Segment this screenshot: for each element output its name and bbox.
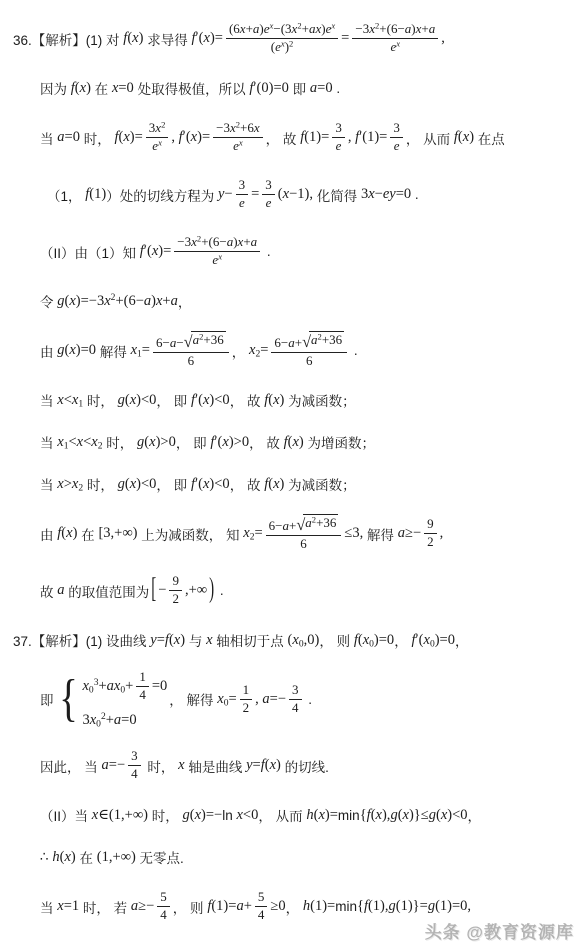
math-variable: f [264, 476, 268, 492]
equation-system: {x03+ax0+14=03x02+a=0 [56, 669, 168, 730]
text-run: 令 [40, 291, 57, 311]
math-variable: a [57, 582, 64, 598]
text-run: ， 故 [230, 390, 265, 410]
math-variable: x [149, 434, 155, 450]
fraction-numerator: −3x2+6x [213, 120, 263, 138]
text-run: ， 即 [156, 474, 191, 494]
subscript: 0 [369, 638, 374, 649]
math-run: a≥− [131, 898, 154, 915]
solution-line: 故 a 的取值范围为[−92,+∞) . [0, 562, 584, 619]
text-run: . [305, 692, 313, 707]
math-run: f′(x)<0 [191, 476, 230, 493]
math-variable: g [137, 434, 144, 450]
math-run: f′(x)= [191, 30, 223, 47]
math-run: h(1)= [303, 898, 335, 915]
math-variable: e [336, 138, 342, 153]
superscript: 2 [375, 21, 379, 31]
text-run: ， [178, 291, 192, 311]
math-variable: a [310, 80, 317, 96]
math-variable: x [156, 293, 162, 309]
fraction-denominator: 4 [136, 687, 149, 704]
text-run: ）处的切线方程为 [106, 185, 218, 205]
fraction-denominator: 4 [255, 907, 268, 924]
math-variable: x [281, 39, 285, 49]
math-run: x>x2 [57, 476, 83, 493]
math-variable: x [254, 120, 260, 135]
fraction: 54 [255, 889, 268, 924]
math-variable: f [411, 632, 415, 648]
math-variable: x [69, 342, 75, 358]
math-variable: x [292, 434, 298, 450]
math-variable: x [331, 21, 335, 31]
math-run: a2+36 [303, 514, 338, 532]
math-variable: f [454, 129, 458, 145]
math-variable: a [429, 21, 436, 36]
math-run: x<0 [236, 807, 258, 824]
math-variable: y [246, 757, 252, 773]
math-variable: h [306, 807, 313, 823]
subscript: 1 [64, 440, 69, 451]
text-run: 因此， 当 [40, 756, 102, 776]
fraction: 12 [240, 682, 253, 717]
math-run: a2+36 [191, 331, 226, 349]
subscript: 0 [430, 638, 435, 649]
text-run: 时， [148, 805, 183, 825]
math-variable: f [300, 129, 304, 145]
text-run: 为减函数； [284, 474, 355, 494]
math-variable: f [123, 30, 127, 46]
fraction-denominator: e [333, 138, 345, 155]
math-variable: h [303, 898, 310, 914]
math-run: y− [218, 186, 233, 203]
fraction: −3x2+(6−a)x+aex [352, 21, 438, 56]
fraction: 92 [424, 516, 437, 551]
math-variable: g [390, 807, 397, 823]
text-run: 化简得 [313, 185, 361, 205]
math-variable: a [283, 518, 290, 533]
math-variable: f [207, 898, 211, 914]
math-variable: f [179, 129, 183, 145]
fraction-denominator: (ex)2 [268, 39, 297, 56]
math-run: g(x)=− [183, 807, 223, 824]
math-variable: f [71, 80, 75, 96]
text-run: 时， [83, 474, 118, 494]
math-run: f′(x0)=0 [411, 632, 455, 649]
fraction-numerator: 9 [424, 516, 437, 534]
superscript: 2 [289, 39, 293, 49]
math-variable: f [191, 392, 195, 408]
fraction-numerator: −3x2+(6−a)x+a [174, 234, 260, 252]
math-variable: f [191, 30, 195, 46]
text-run: 在点 [474, 128, 505, 148]
fraction-denominator: 2 [169, 591, 182, 608]
math-variable: a [251, 234, 258, 249]
math-variable: x [191, 129, 197, 145]
math-variable: x [112, 80, 118, 96]
math-run: a=0 [57, 129, 80, 146]
superscript: x [281, 39, 285, 49]
math-variable: f [355, 129, 359, 145]
math-variable: ax [107, 678, 121, 694]
math-run: f(1)= [300, 129, 329, 146]
math-run: , f′(1)= [348, 129, 388, 146]
math-variable: x [57, 898, 63, 914]
math-run: 3x−ey=0 [361, 186, 411, 203]
fraction: 34 [128, 748, 141, 783]
math-run: h(x) [52, 849, 75, 866]
math-variable: a [170, 335, 177, 350]
math-variable: x [463, 129, 469, 145]
solution-line: （II）当 x∈(1,+∞) 时， g(x)=−ln x<0， 从而 h(x)=… [0, 794, 584, 836]
superscript: 2 [161, 120, 165, 130]
math-variable: x [441, 807, 447, 823]
fraction: 3e [262, 177, 275, 212]
math-run: , [440, 525, 444, 542]
superscript: 2 [101, 712, 106, 723]
math-run: a≥− [398, 525, 421, 542]
math-variable: x [403, 807, 409, 823]
text-run: 时， [103, 432, 138, 452]
fraction: −3x2+6xex [213, 120, 263, 155]
math-variable: g [389, 898, 396, 914]
math-variable: f [191, 476, 195, 492]
fraction-numerator: 3 [332, 120, 345, 138]
math-variable: x [416, 21, 422, 36]
math-run: g(x)=−3x2+(6−a)x+a [57, 293, 178, 310]
text-run: ln [222, 808, 236, 823]
math-variable: x [57, 476, 63, 492]
fraction-numerator: 9 [169, 573, 182, 591]
math-variable: x [69, 293, 75, 309]
math-variable: ax [309, 21, 321, 36]
fraction-numerator: 6−a+√a2+36 [266, 514, 342, 536]
math-variable: a [57, 129, 64, 145]
math-variable: x [283, 186, 289, 202]
fraction: 3x2ex [146, 120, 169, 155]
text-run: ， 即 [176, 432, 211, 452]
math-run: f′(x)= [140, 243, 172, 260]
subscript: 0 [224, 697, 229, 708]
math-run: g(x)=0 [57, 342, 96, 359]
math-variable: x [273, 392, 279, 408]
math-variable: f [114, 129, 118, 145]
watermark-credit: 头条 @教育资源库 [425, 918, 574, 943]
subscript: 2 [250, 531, 255, 542]
math-variable: x [80, 80, 86, 96]
math-variable: a [171, 293, 178, 309]
math-variable: a [398, 525, 405, 541]
text-run: ， [394, 630, 411, 650]
math-run: f(x) [71, 80, 91, 97]
math-run: =0 [152, 678, 167, 695]
math-variable: x [273, 476, 279, 492]
math-run: a2+36 [309, 331, 344, 349]
text-run: ， 则 [173, 897, 208, 917]
fraction-denominator: 4 [128, 766, 141, 783]
text-run: 因为 [40, 78, 71, 98]
text-run: . [333, 81, 341, 96]
math-run: f(x) [264, 476, 284, 493]
math-run: g(x)<0 [118, 476, 157, 493]
math-variable: a [236, 898, 243, 914]
fraction-denominator: e [236, 195, 248, 212]
math-variable: x [77, 434, 83, 450]
math-run: f′(0)=0 [249, 80, 289, 97]
math-variable: x [203, 392, 209, 408]
superscript: x [239, 138, 243, 148]
math-variable: g [428, 898, 435, 914]
solution-line: 因此， 当 a=−34 时， x 轴是曲线 y=f(x) 的切线. [0, 737, 584, 794]
text-run: min [335, 899, 357, 914]
fraction: 6−a+√a2+366 [266, 514, 342, 553]
solution-line: 由 f(x) 在 [3,+∞) 上为减函数， 知 x2=6−a+√a2+366≤… [0, 505, 584, 562]
fraction-denominator: e [263, 195, 275, 212]
text-run: . [216, 583, 224, 598]
math-variable: f [85, 186, 89, 202]
text-run: 在 [91, 78, 112, 98]
text-run: . [350, 343, 358, 358]
text-run: 37.【解析】(1) 设曲线 [13, 630, 150, 650]
text-run: 故 [40, 581, 57, 601]
solution-line: 因为 f(x) 在 x=0 处取得极值，所以 f′(0)=0 即 a=0 . [0, 67, 584, 109]
math-variable: x [66, 525, 72, 541]
math-run: f(x) [284, 434, 304, 451]
text-run: 当 [40, 128, 57, 148]
text-run: ， 解得 [169, 689, 217, 709]
math-variable: x [218, 252, 222, 262]
superscript: x [158, 138, 162, 148]
math-run: {f(1),g(1)}=g(1)=0, [357, 898, 471, 915]
text-run: min [338, 808, 360, 823]
fraction: (6x+a)ex−(3x2+ax)ex(ex)2 [226, 21, 338, 56]
text-run: 当 [40, 897, 57, 917]
math-variable: x [396, 39, 400, 49]
fraction-numerator: 1 [136, 669, 149, 687]
text-run: 由 [40, 341, 57, 361]
math-variable: g [118, 476, 125, 492]
text-run: （II）由（1）知 [40, 242, 140, 262]
math-variable: x [132, 30, 138, 46]
text-run: （1， [47, 185, 85, 205]
text-run: 即 [289, 78, 310, 98]
math-run: (x−1), [278, 186, 313, 203]
math-variable: x [238, 234, 244, 249]
text-run: ， 故 [230, 474, 265, 494]
text-run: 轴是曲线 [185, 756, 247, 776]
math-run: f′(x)<0 [191, 392, 230, 409]
text-run: 在 [77, 524, 98, 544]
fraction-denominator: 2 [424, 534, 437, 551]
fraction-numerator: −3x2+(6−a)x+a [352, 21, 438, 39]
math-variable: x [239, 138, 243, 148]
math-run: f(x0)=0 [354, 632, 394, 649]
math-solution-document: 36.【解析】(1) 对 f(x) 求导得 f′(x)=(6x+a)ex−(3x… [0, 0, 584, 935]
fraction-denominator: ex [230, 138, 246, 155]
square-root: √a2+36 [184, 331, 226, 349]
system-row: x03+ax0+14=0 [82, 669, 167, 704]
math-variable: f [264, 392, 268, 408]
text-run: 的取值范围为 [65, 581, 150, 601]
math-variable: f [165, 632, 169, 648]
superscript: 2 [236, 120, 240, 130]
math-variable: f [57, 525, 61, 541]
math-run: x2= [249, 342, 268, 359]
text-run: ， 故 [249, 432, 284, 452]
math-variable: x [222, 434, 228, 450]
math-variable: x [57, 392, 63, 408]
math-run: x=1 [57, 898, 79, 915]
text-run: 时， [83, 390, 118, 410]
math-run: ≤3, [344, 525, 363, 542]
text-run: 当 [40, 390, 57, 410]
fraction-numerator: 3 [236, 177, 249, 195]
fraction-numerator: 3 [262, 177, 275, 195]
fraction-denominator: ex [149, 138, 165, 155]
math-run: , a=− [255, 691, 286, 708]
math-variable: ey [383, 186, 396, 202]
math-run: f(x) [57, 525, 77, 542]
fraction: 3e [332, 120, 345, 155]
text-run: 的切线. [281, 756, 329, 776]
text-run: ， [286, 897, 303, 917]
solution-line: （II）由（1）知 f′(x)=−3x2+(6−a)x+aex . [0, 223, 584, 280]
superscript: 2 [199, 332, 203, 342]
text-run: 解得 [363, 524, 398, 544]
fraction-denominator: 2 [240, 700, 253, 717]
superscript: x [270, 21, 274, 31]
math-variable: a [253, 21, 260, 36]
text-run: ， [455, 630, 469, 650]
math-variable: x [368, 186, 374, 202]
math-run: f(1)=a+ [207, 898, 252, 915]
math-run: f(1) [85, 186, 106, 203]
math-run: x1= [131, 342, 150, 359]
math-variable: a [102, 757, 109, 773]
math-variable: a [262, 691, 269, 707]
math-variable: a [288, 335, 295, 350]
superscript: x [396, 39, 400, 49]
math-variable: f [354, 632, 358, 648]
superscript: x [218, 252, 222, 262]
big-bracket: ) [209, 574, 214, 606]
math-run: y=f(x) [150, 632, 185, 649]
solution-line: （1， f(1)）处的切线方程为 y−3e=3e(x−1), 化简得 3x−ey… [0, 166, 584, 223]
math-run: 3x02+a=0 [82, 712, 136, 729]
math-run: = [341, 30, 349, 47]
text-run: 即 [40, 689, 54, 709]
math-variable: g [429, 807, 436, 823]
math-run: f(x) [454, 129, 474, 146]
solution-line: 当 x1<x<x2 时， g(x)>0， 即 f′(x)>0， 故 f(x) 为… [0, 421, 584, 463]
fraction: 6−a−√a2+366 [153, 331, 229, 370]
math-run: x1<x<x2 [57, 434, 102, 451]
math-variable: g [183, 807, 190, 823]
math-variable: h [52, 849, 59, 865]
solution-line: 当 x<x1 时， g(x)<0， 即 f′(x)<0， 故 f(x) 为减函数… [0, 379, 584, 421]
fraction: −3x2+(6−a)x+aex [174, 234, 260, 269]
math-variable: f [261, 757, 265, 773]
math-run: a=− [102, 757, 126, 774]
fraction-denominator: 6 [297, 536, 310, 553]
solution-line: 当 a=0 时， f(x)=3x2ex, f′(x)=−3x2+6xex， 故 … [0, 109, 584, 166]
math-run: (x0,0) [288, 632, 320, 649]
system-row: 3x02+a=0 [82, 712, 167, 729]
text-run: ， 则 [319, 630, 354, 650]
math-variable: g [57, 293, 64, 309]
math-run: y=f(x) [246, 757, 281, 774]
math-run: ,+∞ [185, 582, 207, 599]
square-root: √a2+36 [302, 331, 344, 349]
math-variable: g [57, 342, 64, 358]
fraction-numerator: 6−a+√a2+36 [271, 331, 347, 353]
math-variable: x [64, 849, 70, 865]
text-run: 为减函数； [284, 390, 355, 410]
math-run: h(x)= [306, 807, 338, 824]
math-variable: a [144, 293, 151, 309]
math-variable: f [140, 243, 144, 259]
text-run: ， 从而 [406, 128, 454, 148]
solution-line: 由 g(x)=0 解得 x1=6−a−√a2+366， x2=6−a+√a2+3… [0, 322, 584, 379]
math-variable: x [92, 807, 98, 823]
text-run: 时， [144, 756, 179, 776]
math-variable: f [364, 898, 368, 914]
math-run: x0= [217, 691, 236, 708]
math-variable: a [405, 21, 412, 36]
fraction-denominator: ex [388, 39, 404, 56]
fraction-numerator: 3 [289, 682, 302, 700]
text-run: ， 从而 [258, 805, 306, 825]
fraction: 54 [157, 889, 170, 924]
math-variable: x [203, 476, 209, 492]
fraction-numerator: 3x2 [146, 120, 169, 138]
math-variable: g [118, 392, 125, 408]
math-variable: x [174, 632, 180, 648]
fraction-numerator: 3 [390, 120, 403, 138]
text-run: （II）当 [40, 805, 92, 825]
math-variable: e [266, 195, 272, 210]
math-run: {f(x),g(x)}≤g(x)<0 [360, 807, 468, 824]
text-run: ， 即 [156, 390, 191, 410]
text-run: . [263, 244, 271, 259]
fraction-denominator: 4 [157, 907, 170, 924]
math-variable: x [376, 807, 382, 823]
fraction-numerator: 5 [255, 889, 268, 907]
math-run: x=0 [112, 80, 134, 97]
math-variable: x [123, 129, 129, 145]
math-variable: x [130, 392, 136, 408]
fraction-denominator: ex [209, 252, 225, 269]
subscript: 0 [299, 638, 304, 649]
square-root: √a2+36 [296, 514, 338, 532]
superscript: 2 [318, 332, 322, 342]
text-run: ， 故 [266, 128, 301, 148]
fraction: 3e [390, 120, 403, 155]
subscript: 1 [137, 348, 142, 359]
solution-line: 37.【解析】(1) 设曲线 y=f(x) 与 x 轴相切于点 (x0,0)， … [0, 619, 584, 661]
math-variable: y [150, 632, 156, 648]
fraction: 3e [236, 177, 249, 212]
text-run: 由 [40, 524, 57, 544]
math-run: a=0 [310, 80, 333, 97]
superscript: 2 [312, 515, 316, 525]
math-run: x<x1 [57, 392, 83, 409]
math-run: f(x)= [114, 129, 142, 146]
text-run: 36.【解析】(1) 对 [13, 29, 123, 49]
math-run: − [158, 582, 166, 599]
text-run: ， [232, 341, 249, 361]
fraction-denominator: 6 [303, 353, 316, 370]
math-run: (1,+∞) [97, 849, 136, 866]
